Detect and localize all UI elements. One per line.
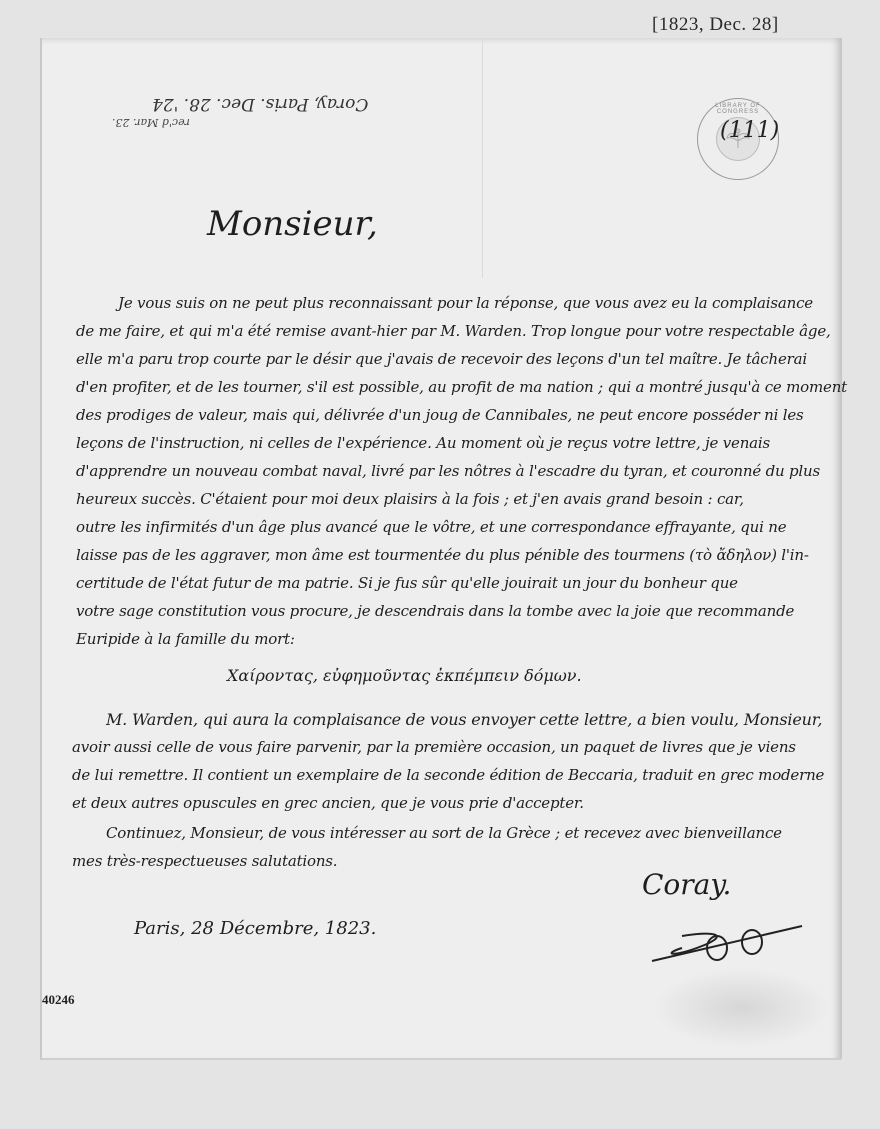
place-and-date: Paris, 28 Décembre, 1823. — [134, 918, 376, 939]
stamp-label: LIBRARY OF CONGRESS — [698, 103, 778, 115]
body-line: outre les infirmités d'un âge plus avanc… — [76, 518, 786, 536]
signature-flourish-icon — [642, 916, 842, 966]
body-line: des prodiges de valeur, mais qui, délivr… — [76, 406, 804, 424]
paper-stain — [652, 968, 832, 1048]
body-line: de me faire, et qui m'a été remise avant… — [76, 322, 831, 340]
letter-sheet: Coray, Paris. Dec. 28. '24 rec'd Mar. 23… — [40, 38, 842, 1060]
docket-note: Coray, Paris. Dec. 28. '24 — [152, 94, 368, 114]
paragraph2-line: de lui remettre. Il contient un exemplai… — [72, 766, 824, 784]
body-line: Euripide à la famille du mort: — [76, 630, 295, 648]
body-line: leçons de l'instruction, ni celles de l'… — [76, 434, 770, 452]
body-line: laisse pas de les aggraver, mon âme est … — [76, 546, 809, 564]
body-line: d'apprendre un nouveau combat naval, liv… — [76, 462, 820, 480]
body-line: d'en profiter, et de les tourner, s'il e… — [76, 378, 847, 396]
paragraph2-line: M. Warden, qui aura la complaisance de v… — [106, 710, 822, 729]
body-line: votre sage constitution vous procure, je… — [76, 602, 794, 620]
body-line: certitude de l'état futur de ma patrie. … — [76, 574, 738, 592]
paragraph3-line: Continuez, Monsieur, de vous intéresser … — [106, 824, 782, 842]
paragraph2-line: et deux autres opuscules en grec ancien,… — [72, 794, 584, 812]
docket-received-note: rec'd Mar. 23. — [112, 116, 190, 129]
body-line: elle m'a paru trop courte par le désir q… — [76, 350, 807, 368]
body-line: Je vous suis on ne peut plus reconnaissa… — [118, 294, 813, 312]
catalog-number: 40246 — [42, 992, 75, 1008]
fold-line — [482, 38, 483, 278]
paragraph2-line: avoir aussi celle de vous faire parvenir… — [72, 738, 796, 756]
body-line: heureux succès. C'étaient pour moi deux … — [76, 490, 744, 508]
archive-date-annotation: [1823, Dec. 28] — [652, 14, 779, 36]
salutation: Monsieur, — [207, 204, 378, 244]
signature: Coray. — [642, 868, 731, 901]
folio-number: (111) — [720, 118, 779, 143]
greek-quotation: Χαίροντας, εὐφημοῦντας ἐκπέμπειν δόμων. — [227, 666, 582, 685]
paragraph3-line: mes très-respectueuses salutations. — [72, 852, 337, 870]
